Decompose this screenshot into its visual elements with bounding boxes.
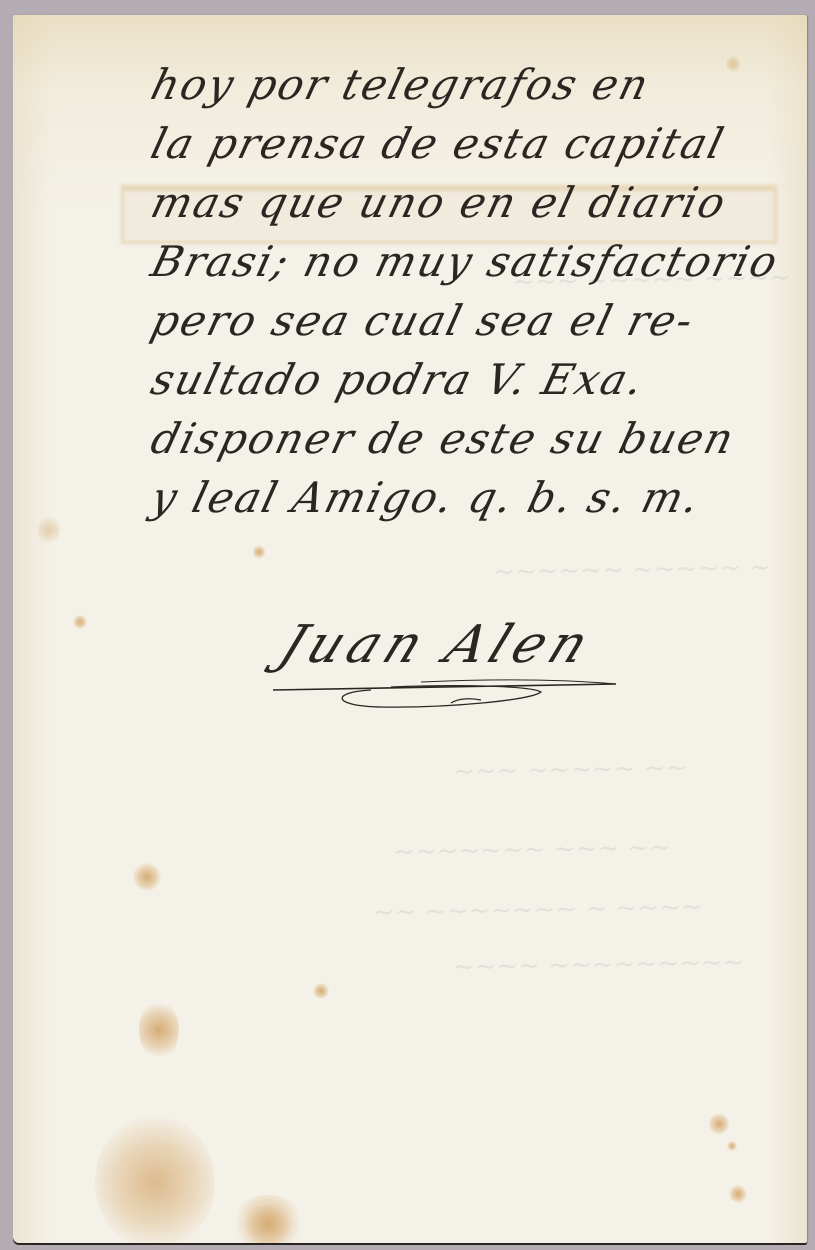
bleed-through-text: ~~~~~~ ~~~~~ ~ <box>493 553 771 588</box>
letter-line-1: hoy por telegrafos en <box>145 55 807 114</box>
foxing-stain <box>95 1115 215 1243</box>
foxing-stain <box>139 1000 179 1060</box>
letter-page: ~~~ ~~~~~ ~~ ~~~~~~~ ~~~ ~~ ~~ ~~~~~~~ ~… <box>13 15 807 1243</box>
foxing-stain <box>253 545 265 559</box>
bleed-through-text: ~~~~ ~~~~~~~~~ <box>453 947 745 982</box>
letter-line-7: disponer de este su buen <box>145 409 807 468</box>
letter-body: hoy por telegrafos en la prensa de esta … <box>145 55 805 527</box>
foxing-stain <box>133 863 161 891</box>
letter-line-4: Brasi; no muy satisfactorio <box>145 232 807 291</box>
foxing-stain <box>73 615 87 629</box>
letter-line-2: la prensa de esta capital <box>145 114 807 173</box>
bleed-through-text: ~~~~~~~ ~~~ ~~ <box>393 833 671 868</box>
bleed-through-text: ~~~ ~~~~~ ~~ <box>453 753 688 787</box>
letter-line-6: sultado podra V. Exa. <box>145 350 807 409</box>
signature: Juan Alen <box>271 615 603 675</box>
foxing-stain <box>243 1205 293 1243</box>
foxing-stain <box>38 515 60 545</box>
letter-line-3: mas que uno en el diario <box>145 173 807 232</box>
bleed-through-text: ~~ ~~~~~~~ ~ ~~~~ <box>373 892 703 928</box>
foxing-stain <box>727 1141 737 1151</box>
foxing-stain <box>709 1113 729 1135</box>
letter-closing: y leal Amigo. q. b. s. m. <box>145 468 807 527</box>
foxing-stain <box>729 1185 747 1203</box>
signature-flourish <box>271 670 631 715</box>
foxing-stain <box>313 983 329 999</box>
letter-line-5: pero sea cual sea el re- <box>145 291 807 350</box>
